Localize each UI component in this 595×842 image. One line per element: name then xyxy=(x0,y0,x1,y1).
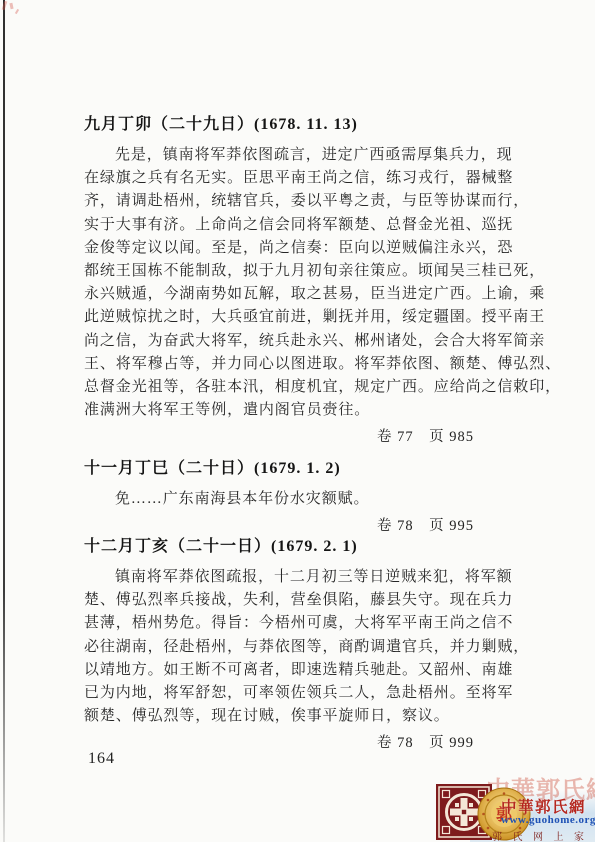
body-line: 齐，请调赴梧州，统辖官兵，委以平粤之责，与臣等协谋而行， xyxy=(84,190,514,213)
body-line: 都统王国栋不能制敌，拟于九月初旬亲往策应。顷闻吴三桂已死， xyxy=(84,260,514,283)
body-line: 准满洲大将军王等例，遣内阁官员赍往。 xyxy=(84,399,514,422)
entry-paragraph: 镇南将军莽依图疏报，十二月初三等日逆贼来犯，将军额 楚、傅弘烈率兵接战，失利，营… xyxy=(84,566,514,728)
body-line: 以靖地方。如王断不可离者，即速选精兵驰赴。又韶州、南雄 xyxy=(84,659,514,682)
volume-page-citation: 卷 77 页 985 xyxy=(84,426,514,448)
body-line: 镇南将军莽依图疏报，十二月初三等日逆贼来犯，将军额 xyxy=(84,566,514,589)
red-stamp-remnant-icon xyxy=(1,0,23,22)
watermark-url: www.guohome.org xyxy=(501,814,595,826)
entry-heading: 十二月丁亥（二十一日）(1679. 2. 1) xyxy=(84,536,514,558)
entry-paragraph: 免……广东南海县本年份水灾额赋。 xyxy=(84,488,514,511)
body-line: 额楚、傅弘烈等，现在讨贼，俟事平旋师日，察议。 xyxy=(84,705,514,728)
site-watermark: 中華郭氏網 xyxy=(430,776,595,842)
volume-page-citation: 卷 78 页 995 xyxy=(84,515,514,537)
body-line: 免……广东南海县本年份水灾额赋。 xyxy=(84,488,514,511)
entry-paragraph: 先是，镇南将军莽依图疏言，进定广西亟需厚集兵力，现 在绿旗之兵有名无实。臣思平南… xyxy=(84,144,514,422)
body-line: 此逆贼惊扰之时，大兵亟宜前进，剿抚并用，绥定疆圉。授平南王 xyxy=(84,306,514,329)
body-line: 总督金光祖等，各驻本汛，相度机宜，规定广西。应给尚之信敕印， xyxy=(84,376,514,399)
volume-page-citation: 卷 78 页 999 xyxy=(84,732,514,754)
body-line: 永兴贼遁，今湖南势如瓦解，取之甚易，臣当进定广西。上谕，乘 xyxy=(84,283,514,306)
entry-heading: 十一月丁巳（二十日）(1679. 1. 2) xyxy=(84,458,514,480)
body-line: 实于大事有济。上命尚之信会同将军额楚、总督金光祖、巡抚 xyxy=(84,214,514,237)
entry-section: 十二月丁亥（二十一日）(1679. 2. 1) 镇南将军莽依图疏报，十二月初三等… xyxy=(84,536,514,754)
body-line: 先是，镇南将军莽依图疏言，进定广西亟需厚集兵力，现 xyxy=(84,144,514,167)
body-line: 甚薄，梧州势危。得旨：今梧州可虞，大将军平南王尚之信不 xyxy=(84,612,514,635)
entry-section: 九月丁卯（二十九日）(1678. 11. 13) 先是，镇南将军莽依图疏言，进定… xyxy=(84,114,514,448)
watermark-tagline: 郭 氏 网 上 家 园 xyxy=(492,828,595,842)
body-line: 王、将军穆占等，并力同心以图进取。将军莽依图、额楚、傅弘烈、 xyxy=(84,353,514,376)
entry-heading: 九月丁卯（二十九日）(1678. 11. 13) xyxy=(84,114,514,136)
entry-section: 十一月丁巳（二十日）(1679. 1. 2) 免……广东南海县本年份水灾额赋。 … xyxy=(84,458,514,537)
body-line: 必往湖南，径赴梧州，与莽依图等，商酌调遣官兵，并力剿贼， xyxy=(84,636,514,659)
scanned-book-page: 九月丁卯（二十九日）(1678. 11. 13) 先是，镇南将军莽依图疏言，进定… xyxy=(0,0,595,842)
body-line: 在绿旗之兵有名无实。臣思平南王尚之信，练习戎行，器械整 xyxy=(84,167,514,190)
body-line: 楚、傅弘烈率兵接战，失利，营垒俱陷，藤县失守。现在兵力 xyxy=(84,589,514,612)
left-scan-edge-line xyxy=(3,0,5,842)
body-line: 尚之信，为奋武大将军，统兵赴永兴、郴州诸处，会合大将军简亲 xyxy=(84,330,514,353)
body-line: 金俊等定议以闻。至是，尚之信奏：臣向以逆贼偏注永兴，恐 xyxy=(84,237,514,260)
body-line: 已为内地，将军舒恕，可率领佐领兵二人，急赴梧州。至将军 xyxy=(84,682,514,705)
page-number: 164 xyxy=(88,750,115,768)
